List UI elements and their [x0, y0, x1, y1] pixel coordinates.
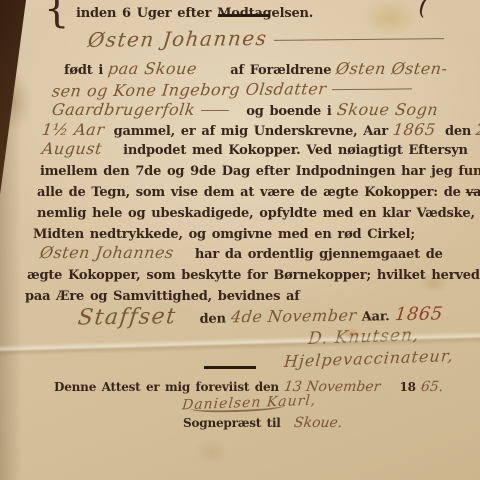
ink-flourish	[274, 38, 444, 41]
ink-flourish	[332, 88, 412, 90]
printed-parents: af Forældrene	[230, 63, 331, 78]
body-line-4: Midten nedtrykkede, og omgivne med en rø…	[33, 223, 415, 242]
printed-priest-title: Sognepræst til	[183, 416, 281, 430]
body-text-6: paa Ære og Samvittighed, bevidnes af	[25, 289, 300, 304]
attest-rule	[204, 366, 256, 369]
printed-born: født i	[64, 63, 103, 78]
body-line-2: alle de Tegn, som vise dem at være de æg…	[37, 181, 480, 200]
signing-place: Staffset	[77, 304, 178, 330]
printed-century: 18	[399, 380, 415, 394]
right-paren-glyph: (	[415, 0, 433, 21]
attest-year: 65.	[420, 379, 444, 395]
table-background-corner	[0, 0, 30, 200]
priest-title-line: Sognepræst til Skoue.	[183, 412, 342, 431]
age-value: 1½ Aar	[41, 120, 106, 139]
body-line-1: imellem den 7de og 9de Dag efter Indpodn…	[40, 160, 480, 179]
signing-year: 1865	[393, 303, 443, 325]
ink-flourish	[201, 110, 229, 111]
parents-line: sen og Kone Ingeborg Olsdatter	[52, 78, 413, 100]
body-text-4: Midten nedtrykkede, og omgivne med en rø…	[33, 227, 415, 242]
occupation-line: Gaardbrugerfolk og boende i Skoue Sogn	[52, 100, 438, 119]
child-name-repeat: Østen Johannes	[39, 243, 175, 262]
vaccination-year: 1865	[392, 120, 437, 139]
body-text-2: alle de Tegn, som vise dem at være de æg…	[37, 185, 461, 200]
body-text-1: imellem den 7de og 9de Dag efter Indpodn…	[40, 164, 480, 179]
top-clause: inden 6 Uger efter Modtagelsen.	[76, 2, 313, 21]
body-text-3: nemlig hele og ubeskadigede, opfyldte me…	[37, 206, 480, 221]
child-name-line: Østen Johannes	[88, 24, 444, 52]
document-paper: { inden 6 Uger efter Modtagelsen. ( Øste…	[0, 0, 480, 480]
left-brace-glyph: {	[44, 0, 69, 32]
signing-date: 4de November	[230, 306, 358, 327]
born-line: født i paa Skoue af Forældrene Østen Øst…	[64, 59, 448, 78]
month-line: August indpodet med Kokopper. Ved nøiagt…	[42, 139, 468, 158]
body-line-6: paa Ære og Samvittighed, bevidnes af	[25, 285, 300, 304]
residence-parish: Skoue Sogn	[336, 100, 440, 119]
printed-aar: Aar.	[362, 309, 390, 324]
age-line: 1½ Aar gammel, er af mig Underskrevne, A…	[42, 120, 480, 139]
body-line-5: ægte Kokopper, som beskytte for Børnekop…	[27, 264, 480, 283]
body-line-3: nemlig hele og ubeskadigede, opfyldte me…	[37, 202, 480, 221]
vaccinator-title-line: Hjelpevaccinateur,	[284, 346, 454, 371]
printed-den: den	[445, 124, 471, 139]
struck-word: vare	[466, 185, 480, 200]
occupation: Gaardbrugerfolk	[51, 100, 197, 119]
confirmation-line: Østen Johannes har da ordentlig gjennemg…	[40, 243, 443, 262]
priest-parish: Skoue.	[293, 415, 343, 431]
printed-confirmation: har da ordentlig gjennemgaaet de	[195, 247, 443, 262]
father-name: Østen Østen-	[335, 59, 449, 78]
vaccination-month: August	[41, 139, 103, 158]
vaccinator-title: Hjelpevaccinateur,	[283, 346, 454, 371]
child-name: Østen Johannes	[87, 26, 269, 52]
printed-den-2: den	[200, 311, 226, 326]
brace-icon: {	[44, 0, 69, 32]
paren-icon: (	[415, 0, 433, 21]
body-text-5: ægte Kokopper, som beskytte for Børnekop…	[27, 268, 480, 283]
printed-residing: og boende i	[246, 104, 331, 119]
top-clause-text: inden 6 Uger efter Modtagelsen.	[76, 6, 313, 21]
header-rule	[218, 14, 270, 17]
birthplace: paa Skoue	[107, 59, 198, 78]
vaccination-day: 29	[475, 120, 480, 139]
mother-name: sen og Kone Ingeborg Olsdatter	[51, 79, 328, 100]
printed-inoculated: indpodet med Kokopper. Ved nøiagtigt Eft…	[123, 143, 468, 158]
printed-age-clause: gammel, er af mig Underskrevne, Aar	[114, 124, 388, 139]
